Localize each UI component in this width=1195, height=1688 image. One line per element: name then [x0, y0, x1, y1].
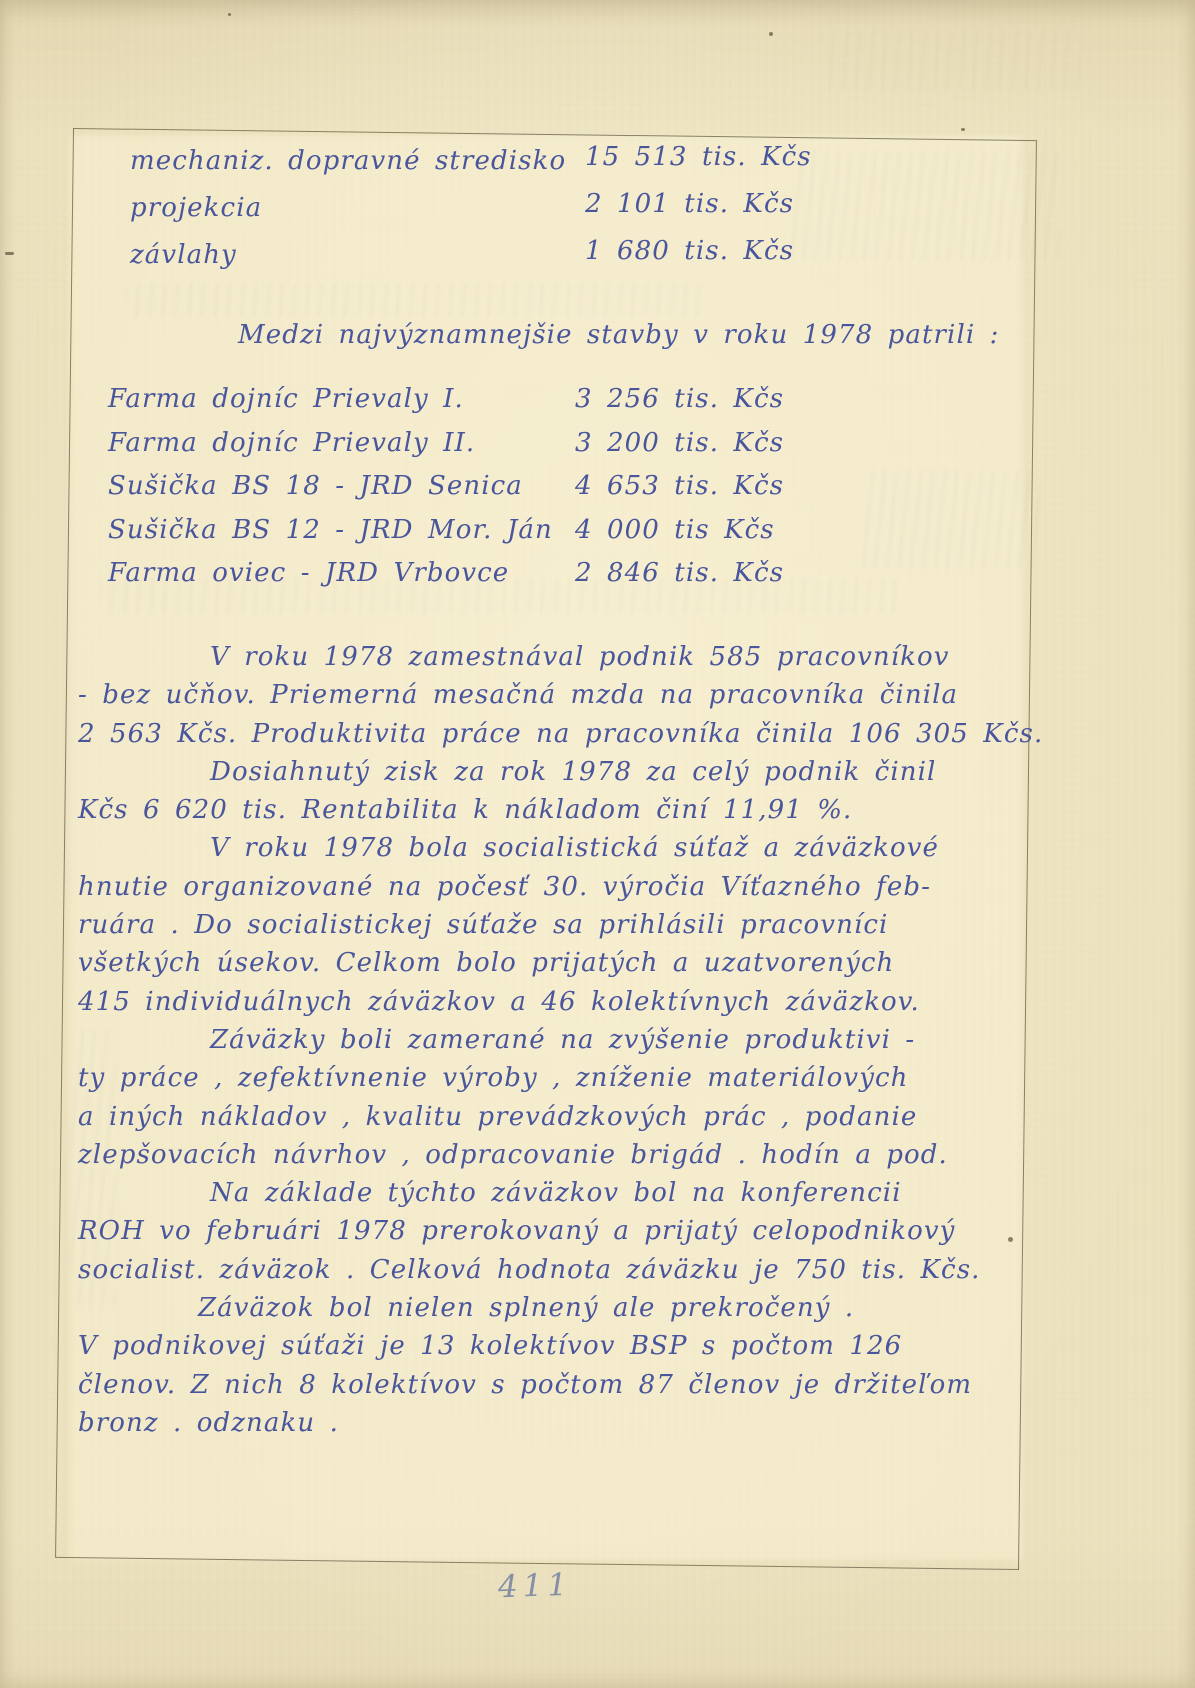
- scanned-chronicle-page: mechaniz. dopravné stredisko 15 513 tis.…: [0, 0, 1195, 1688]
- cost-label: závlahy: [130, 240, 237, 270]
- building-label: Sušička BS 18 - JRD Senica: [108, 471, 523, 501]
- text-line: 415 individuálnych záväzkov a 46 kolektí…: [78, 985, 970, 1023]
- buildings-list: Farma dojníc Prievaly I. 3 256 tis. Kčs …: [108, 384, 553, 602]
- dust-speck: [5, 252, 14, 255]
- text-line: Záväzok bol nielen splnený ale prekročen…: [78, 1291, 970, 1329]
- text-line: Kčs 6 620 tis. Rentabilita k nákladom či…: [78, 793, 970, 831]
- cost-label: mechaniz. dopravné stredisko: [130, 146, 566, 176]
- paper-smudge: [820, 30, 1080, 90]
- text-line: 2 563 Kčs. Produktivita práce na pracovn…: [78, 717, 970, 755]
- text-line: V podnikovej súťaži je 13 kolektívov BSP…: [78, 1329, 970, 1367]
- text-line: zlepšovacích návrhov , odpracovanie brig…: [78, 1138, 970, 1176]
- building-value: 4 653 tis. Kčs: [575, 471, 784, 501]
- dust-speck: [769, 32, 773, 36]
- page-number: 411: [497, 1567, 572, 1606]
- text-line: hnutie organizované na počesť 30. výroči…: [78, 870, 970, 908]
- building-value: 4 000 tis Kčs: [575, 515, 775, 545]
- text-line: Dosiahnutý zisk za rok 1978 za celý podn…: [78, 755, 970, 793]
- building-label: Farma dojníc Prievaly I.: [108, 384, 464, 414]
- section-heading: Medzi najvýznamnejšie stavby v roku 1978…: [238, 320, 1000, 350]
- cost-row: závlahy 1 680 tis. Kčs: [130, 240, 566, 287]
- text-line: ty práce , zefektívnenie výroby , znížen…: [78, 1061, 970, 1099]
- text-line: všetkých úsekov. Celkom bolo prijatých a…: [78, 946, 970, 984]
- cost-value: 2 101 tis. Kčs: [585, 189, 794, 219]
- cost-row: projekcia 2 101 tis. Kčs: [130, 193, 566, 240]
- text-line: členov. Z nich 8 kolektívov s počtom 87 …: [78, 1368, 970, 1406]
- building-row: Farma oviec - JRD Vrbovce 2 846 tis. Kčs: [108, 558, 553, 602]
- text-line: ROH vo februári 1978 prerokovaný a prija…: [78, 1214, 970, 1252]
- building-row: Sušička BS 18 - JRD Senica 4 653 tis. Kč…: [108, 471, 553, 515]
- building-label: Farma oviec - JRD Vrbovce: [108, 558, 509, 588]
- text-line: V roku 1978 bola socialistická súťaž a z…: [78, 831, 970, 869]
- building-label: Farma dojníc Prievaly II.: [108, 428, 475, 458]
- building-value: 3 200 tis. Kčs: [575, 428, 784, 458]
- cost-value: 15 513 tis. Kčs: [585, 142, 812, 172]
- building-value: 3 256 tis. Kčs: [575, 384, 784, 414]
- cost-row: mechaniz. dopravné stredisko 15 513 tis.…: [130, 146, 566, 193]
- text-line: a iných nákladov , kvalitu prevádzkových…: [78, 1100, 970, 1138]
- building-row: Farma dojníc Prievaly I. 3 256 tis. Kčs: [108, 384, 553, 428]
- building-value: 2 846 tis. Kčs: [575, 558, 784, 588]
- building-label: Sušička BS 12 - JRD Mor. Ján: [108, 515, 553, 545]
- cost-label: projekcia: [130, 193, 262, 223]
- text-line: V roku 1978 zamestnával podnik 585 praco…: [78, 640, 970, 678]
- body-text: V roku 1978 zamestnával podnik 585 praco…: [78, 640, 970, 1444]
- text-line: bronz . odznaku .: [78, 1406, 970, 1444]
- text-line: socialist. záväzok . Celková hodnota záv…: [78, 1253, 970, 1291]
- cost-list: mechaniz. dopravné stredisko 15 513 tis.…: [130, 146, 566, 287]
- building-row: Sušička BS 12 - JRD Mor. Ján 4 000 tis K…: [108, 515, 553, 559]
- text-line: ruára . Do socialistickej súťaže sa prih…: [78, 908, 970, 946]
- text-line: Záväzky boli zamerané na zvýšenie produk…: [78, 1023, 970, 1061]
- cost-value: 1 680 tis. Kčs: [585, 236, 794, 266]
- dust-speck: [961, 128, 965, 131]
- text-line: - bez učňov. Priemerná mesačná mzda na p…: [78, 678, 970, 716]
- dust-speck: [228, 13, 231, 16]
- building-row: Farma dojníc Prievaly II. 3 200 tis. Kčs: [108, 428, 553, 472]
- text-line: Na základe týchto záväzkov bol na konfer…: [78, 1176, 970, 1214]
